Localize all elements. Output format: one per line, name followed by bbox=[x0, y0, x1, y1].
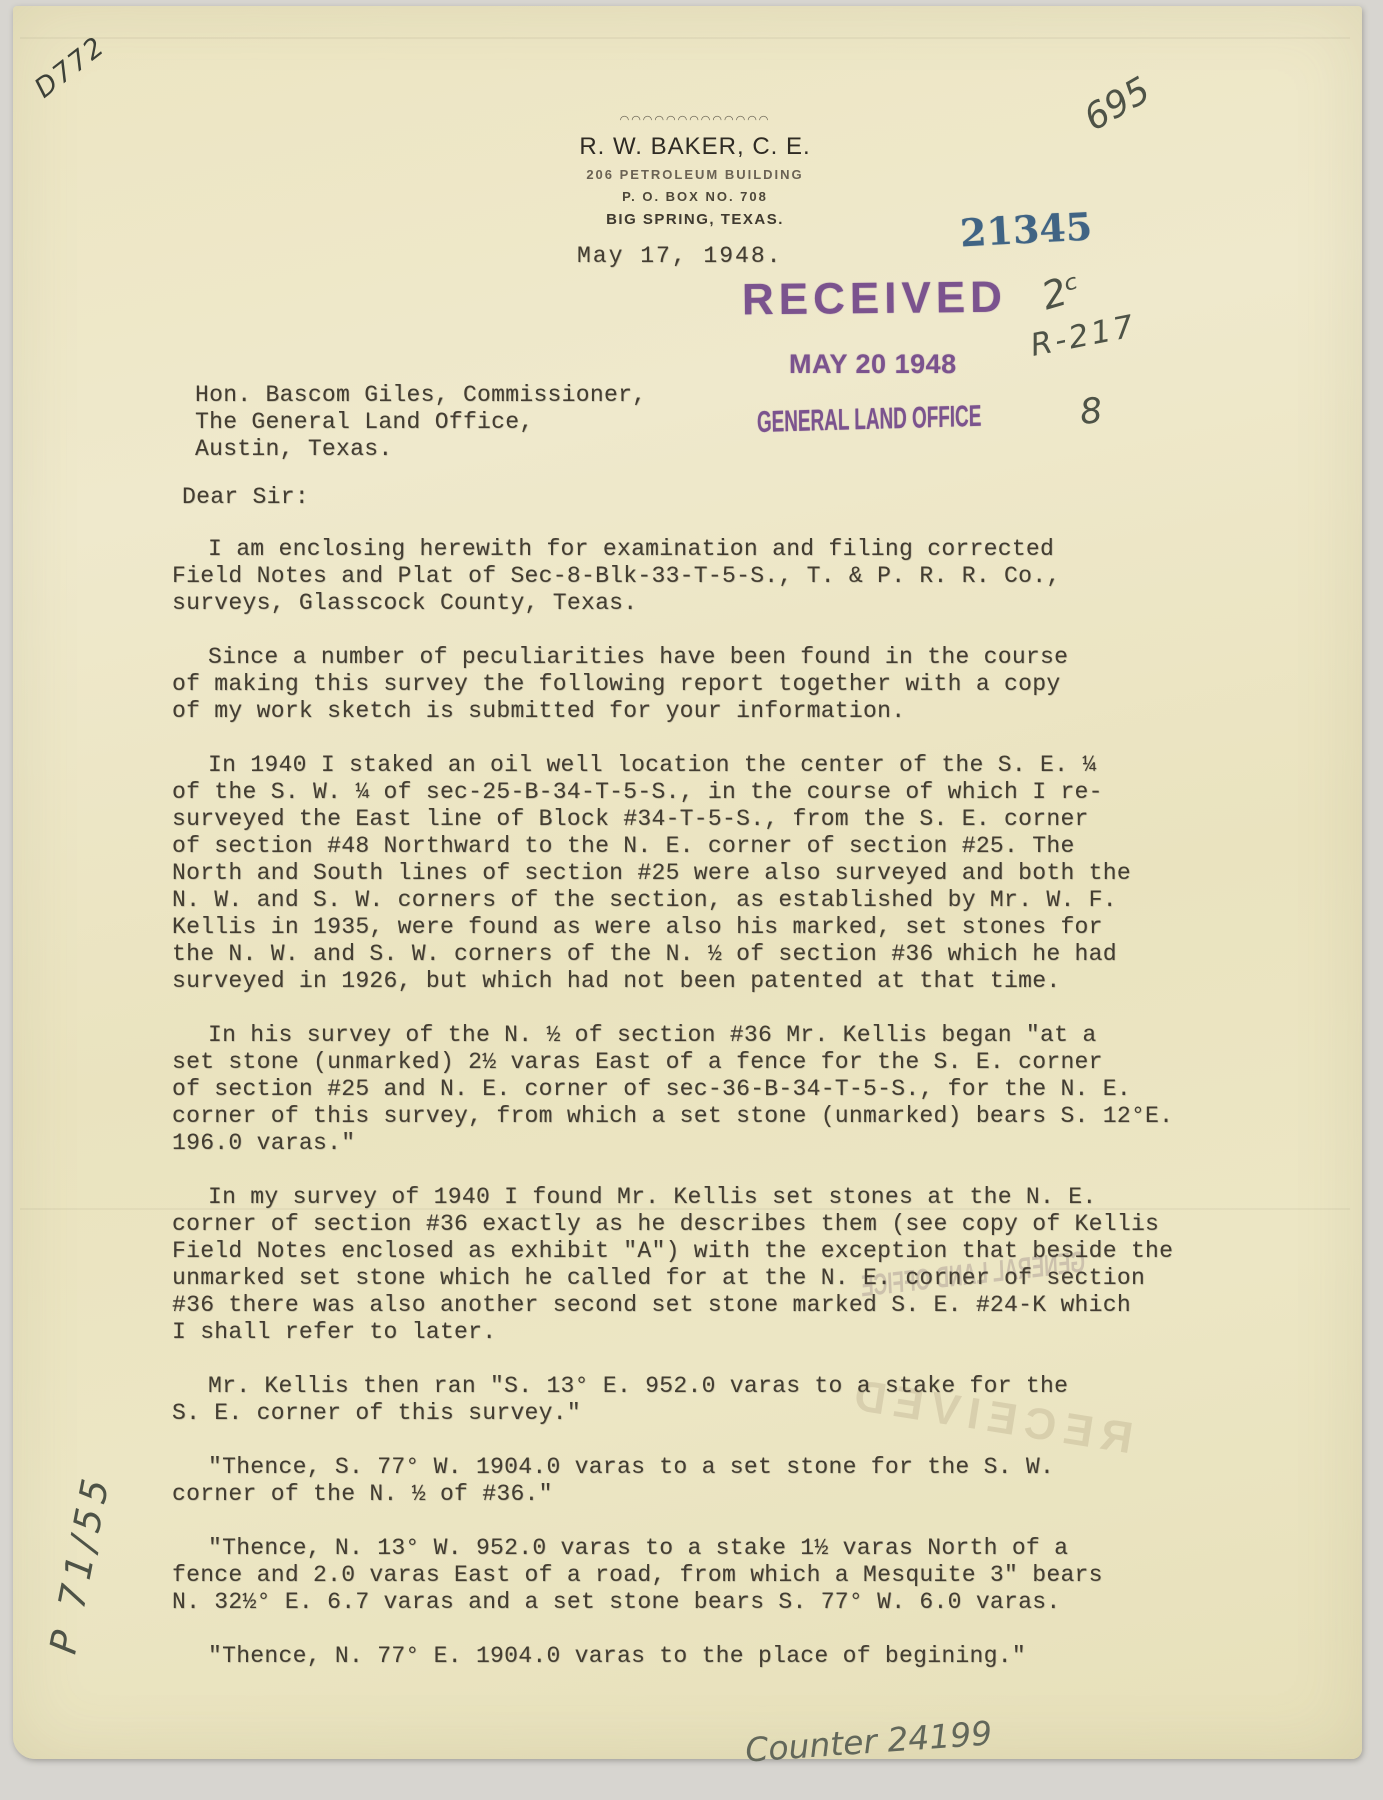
letterhead-name: R. W. BAKER, C. E. bbox=[350, 133, 1040, 161]
paragraph-6: Mr. Kellis then ran "S. 13° E. 952.0 var… bbox=[172, 1373, 1262, 1427]
paragraph-7: "Thence, S. 77° W. 1904.0 varas to a set… bbox=[172, 1454, 1262, 1508]
paragraph-8: "Thence, N. 13° W. 952.0 varas to a stak… bbox=[172, 1535, 1262, 1616]
date-line: May 17, 1948. bbox=[577, 243, 782, 270]
ornament-row: ◠◠◠◠◠◠◠◠◠◠◠◠◠ bbox=[350, 114, 1040, 126]
received-date-stamp: MAY 20 1948 bbox=[789, 349, 957, 380]
paragraph-1: I am enclosing herewith for examination … bbox=[172, 536, 1262, 617]
paragraph-5: In my survey of 1940 I found Mr. Kellis … bbox=[172, 1184, 1262, 1346]
letterhead-pobox: P. O. BOX NO. 708 bbox=[350, 189, 1040, 204]
letterhead-building: 206 PETROLEUM BUILDING bbox=[350, 167, 1040, 182]
paragraph-4: In his survey of the N. ½ of section #36… bbox=[172, 1022, 1262, 1157]
letterhead-city: BIG SPRING, TEXAS. bbox=[350, 211, 1040, 228]
paragraph-3: In 1940 I staked an oil well location th… bbox=[172, 752, 1262, 995]
paragraph-2: Since a number of peculiarities have bee… bbox=[172, 644, 1262, 725]
address-block: Hon. Bascom Giles, Commissioner, The Gen… bbox=[195, 382, 1262, 463]
paper-crease bbox=[20, 37, 1350, 39]
scanned-letter-page: ◠◠◠◠◠◠◠◠◠◠◠◠◠ R. W. BAKER, C. E. 206 PET… bbox=[0, 0, 1383, 1800]
file-number-stamp: 21345 bbox=[959, 204, 1093, 256]
salutation: Dear Sir: bbox=[182, 484, 1262, 511]
letterhead: ◠◠◠◠◠◠◠◠◠◠◠◠◠ R. W. BAKER, C. E. 206 PET… bbox=[350, 114, 1040, 228]
paragraph-9: "Thence, N. 77° E. 1904.0 varas to the p… bbox=[172, 1643, 1262, 1670]
received-stamp: RECEIVED bbox=[742, 273, 1007, 326]
letter-body: Hon. Bascom Giles, Commissioner, The Gen… bbox=[172, 382, 1262, 1697]
